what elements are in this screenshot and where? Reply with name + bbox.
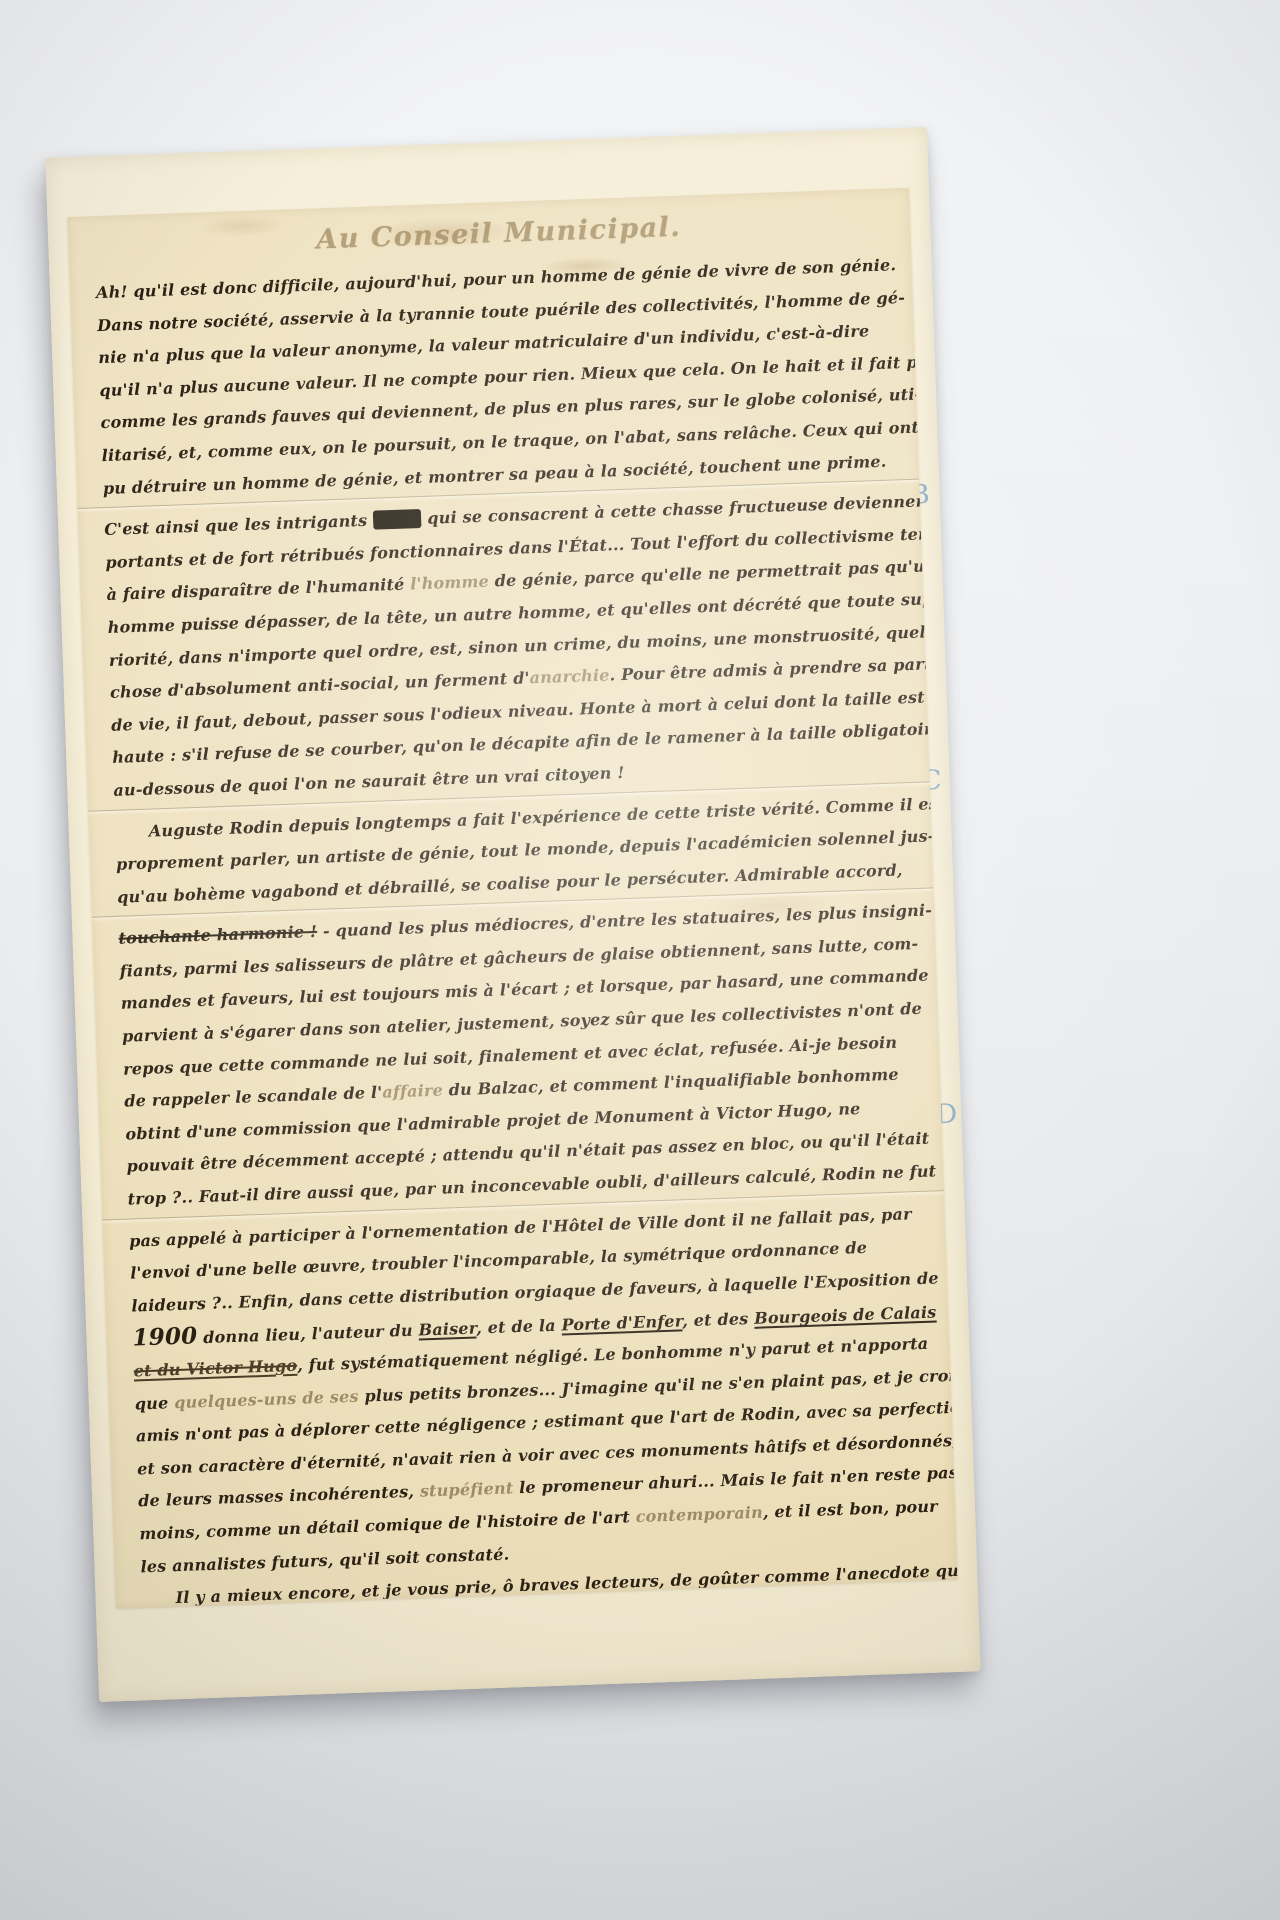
manuscript-text-segment: Baiser <box>418 1319 476 1340</box>
photo-background: A B C D Au Conseil Municipal. Ah! qu'il … <box>0 0 1280 1920</box>
manuscript-text-segment: à faire disparaître de l'humanité <box>106 575 410 605</box>
manuscript-text-segment: et du Victor Hugo <box>133 1356 297 1381</box>
manuscript-text-segment: de leurs masses incohérentes, <box>138 1482 420 1511</box>
manuscript-text-segment: Bourgeois de Calais <box>754 1303 937 1328</box>
manuscript-text-segment: , et des <box>682 1309 755 1331</box>
manuscript-text-segment: anarchie <box>529 666 610 688</box>
manuscript-text-segment: . Pour être admis à prendre sa part <box>609 654 931 684</box>
manuscript-text-segment: 1900 <box>132 1323 198 1352</box>
manuscript-text-segment: contemporain <box>635 1503 763 1526</box>
manuscript-text-segment: donna lieu, l'auteur du <box>197 1321 419 1348</box>
paper-stain <box>197 213 288 238</box>
manuscript-text-segment: , et de la <box>476 1316 562 1338</box>
manuscript-text-segment: de rappeler le scandale de l' <box>124 1083 383 1111</box>
manuscript-text-segment: affaire <box>382 1081 443 1102</box>
manuscript-text-segment: éanx <box>373 509 422 530</box>
manuscript-inner-page: Au Conseil Municipal. Ah! qu'il est donc… <box>67 188 957 1609</box>
manuscript-text-segment: stupéfient <box>420 1479 514 1501</box>
manuscript-text-segment: Porte d'Enfer <box>561 1312 682 1335</box>
manuscript-text-segment: touchante harmonie ! <box>118 922 317 948</box>
manuscript-text-segment: C'est ainsi que les intrigants <box>104 511 373 539</box>
manuscript-text-segment: , et il est bon, pour <box>763 1497 938 1522</box>
manuscript-text-segment: les annalistes futurs, qu'il soit consta… <box>140 1544 509 1576</box>
manuscript-text-segment: l'homme <box>410 572 489 594</box>
manuscript-text-segment: que <box>135 1393 175 1413</box>
manuscript-lines: Ah! qu'il est donc difficile, aujourd'hu… <box>69 245 957 1609</box>
manuscript-sheet: A B C D Au Conseil Municipal. Ah! qu'il … <box>45 127 980 1702</box>
manuscript-text-segment: quelques-uns de ses <box>174 1386 359 1411</box>
